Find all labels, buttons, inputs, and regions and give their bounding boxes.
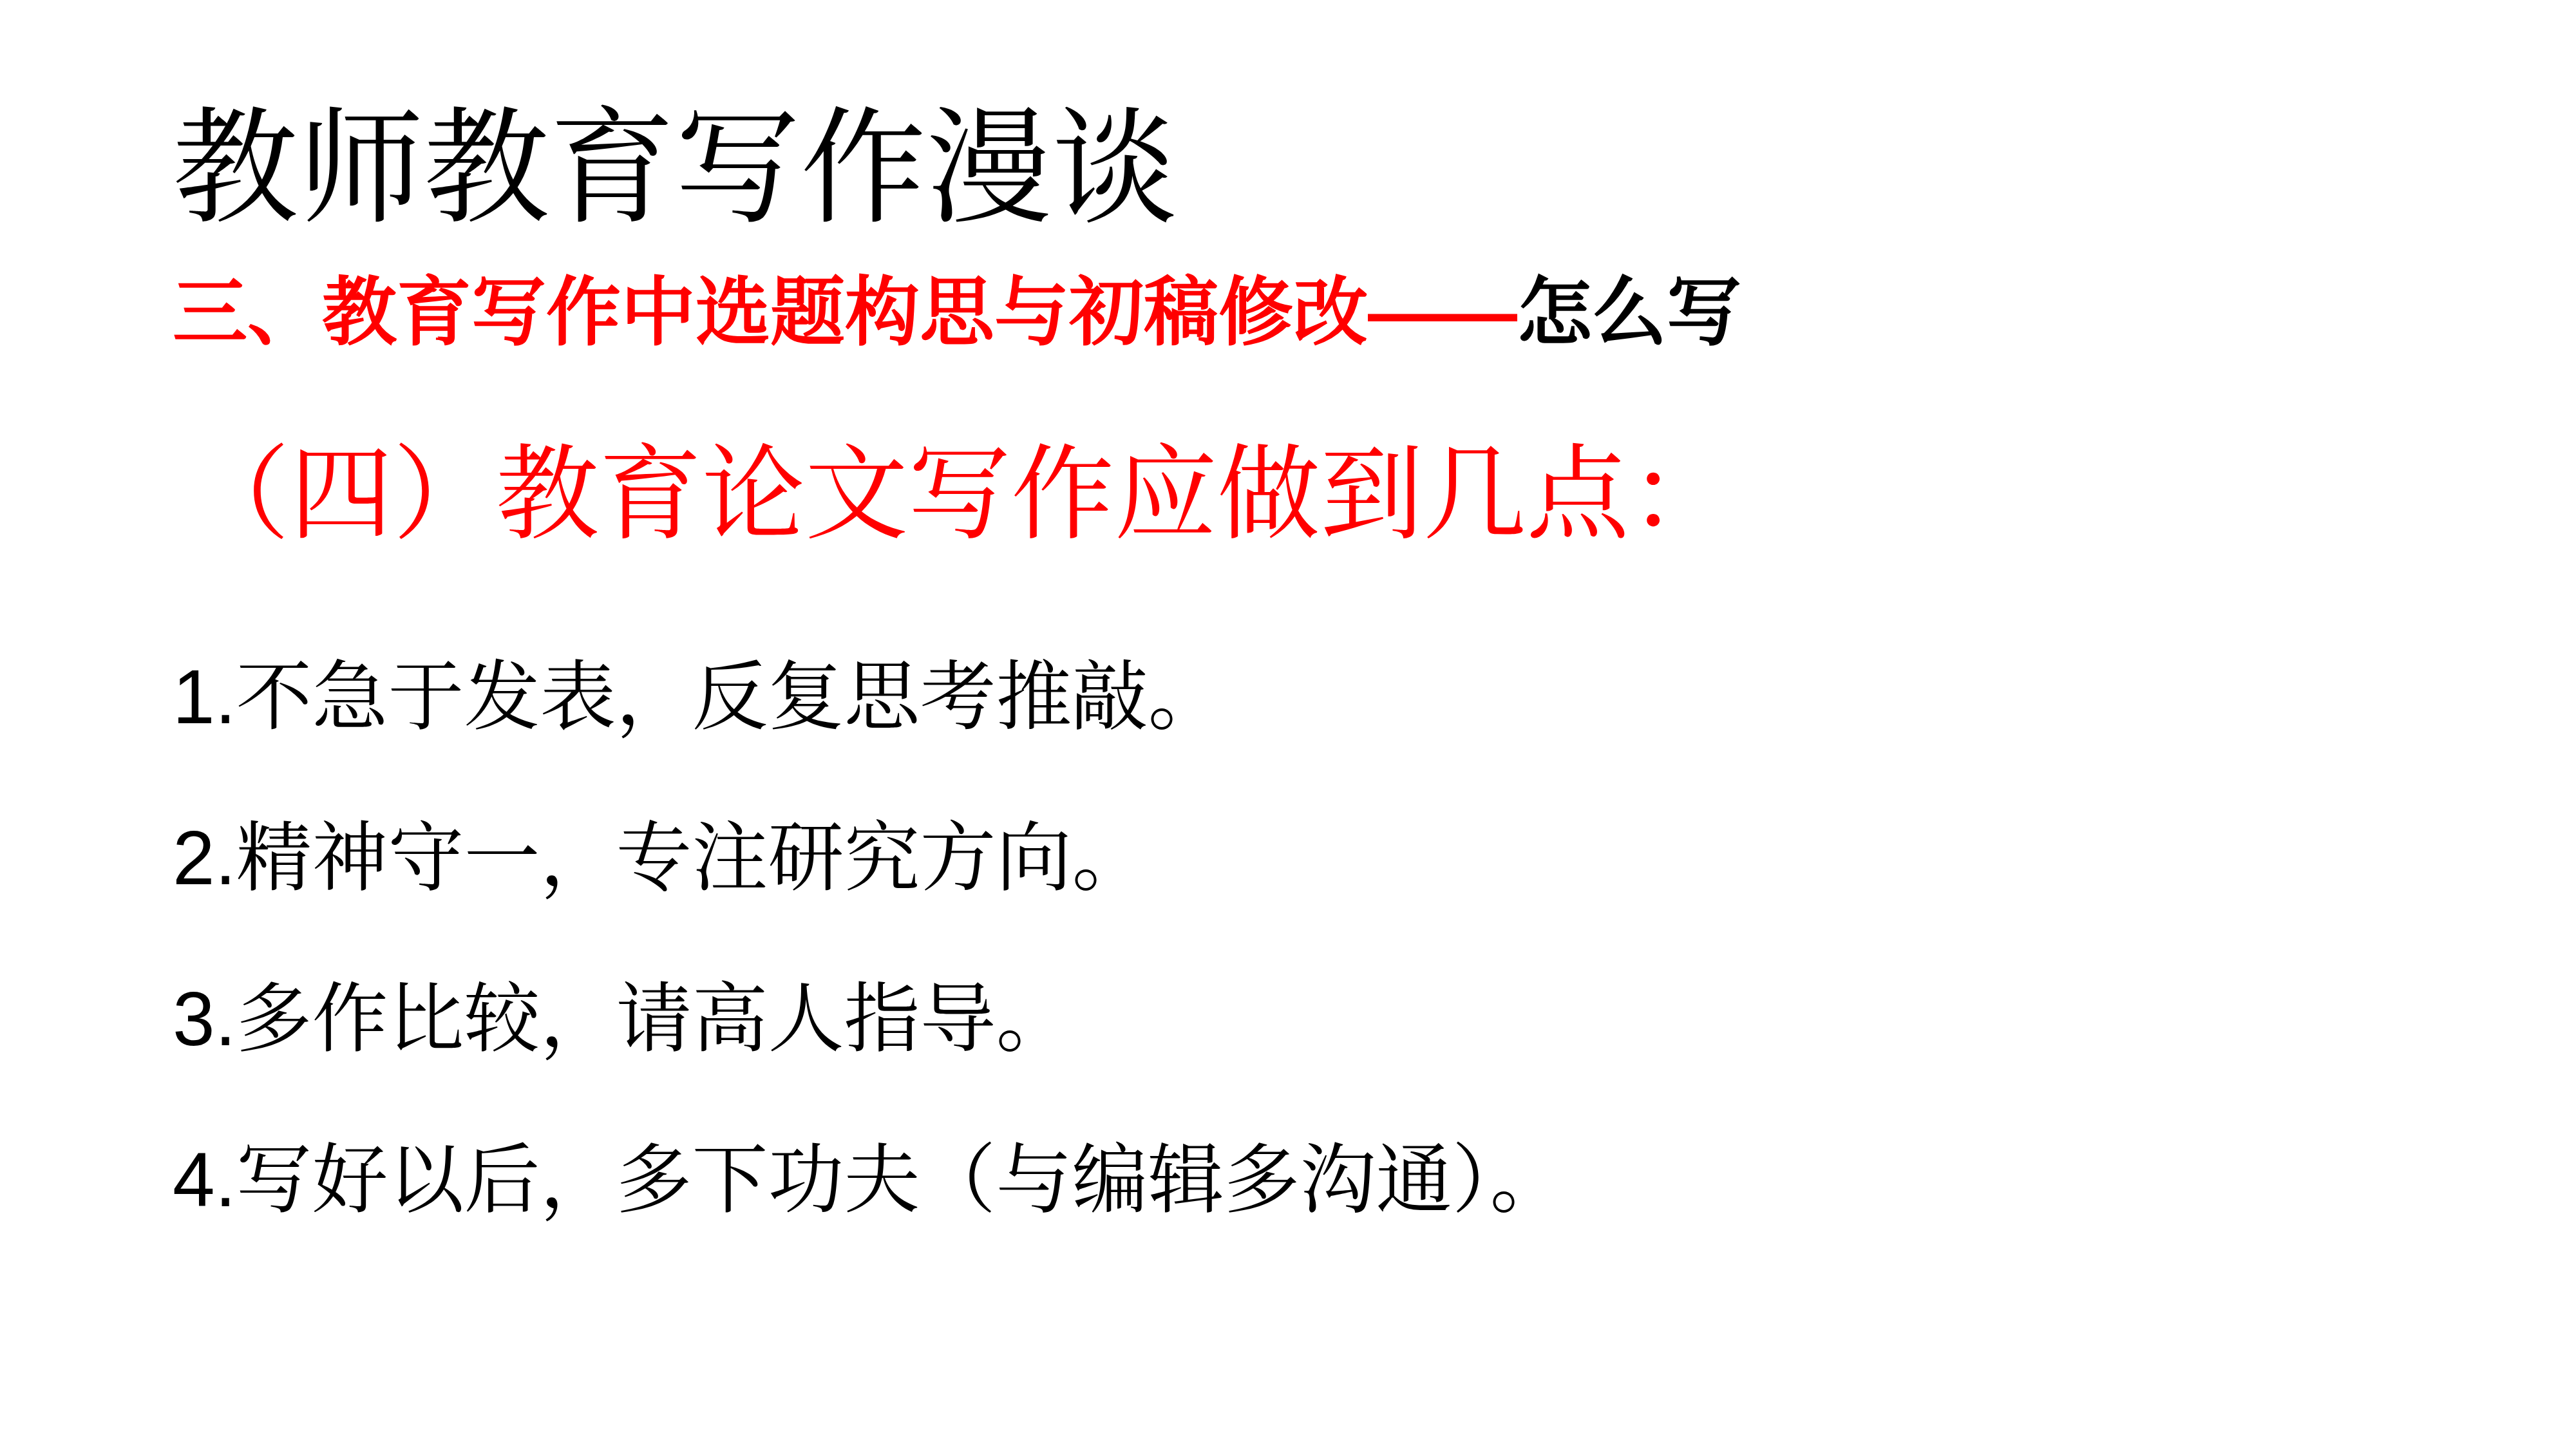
- list-item-4: 4.写好以后，多下功夫（与编辑多沟通）。: [173, 1133, 1566, 1294]
- list-item-3: 3.多作比较，请高人指导。: [173, 972, 1566, 1133]
- slide-subtitle: 三、教育写作中选题构思与初稿修改——怎么写: [173, 266, 1741, 359]
- points-list: 1.不急于发表，反复思考推敲。 2.精神守一，专注研究方向。 3.多作比较，请高…: [173, 650, 1566, 1294]
- list-item-2: 2.精神守一，专注研究方向。: [173, 811, 1566, 972]
- subtitle-red-text: 三、教育写作中选题构思与初稿修改——: [173, 270, 1517, 354]
- subtitle-black-text: 怎么写: [1517, 270, 1741, 354]
- presentation-slide: 教师教育写作漫谈 三、教育写作中选题构思与初稿修改——怎么写 （四）教育论文写作…: [0, 0, 2576, 1449]
- section-heading: （四）教育论文写作应做到几点：: [187, 430, 1732, 559]
- list-item-1: 1.不急于发表，反复思考推敲。: [173, 650, 1566, 811]
- slide-title: 教师教育写作漫谈: [173, 97, 1177, 241]
